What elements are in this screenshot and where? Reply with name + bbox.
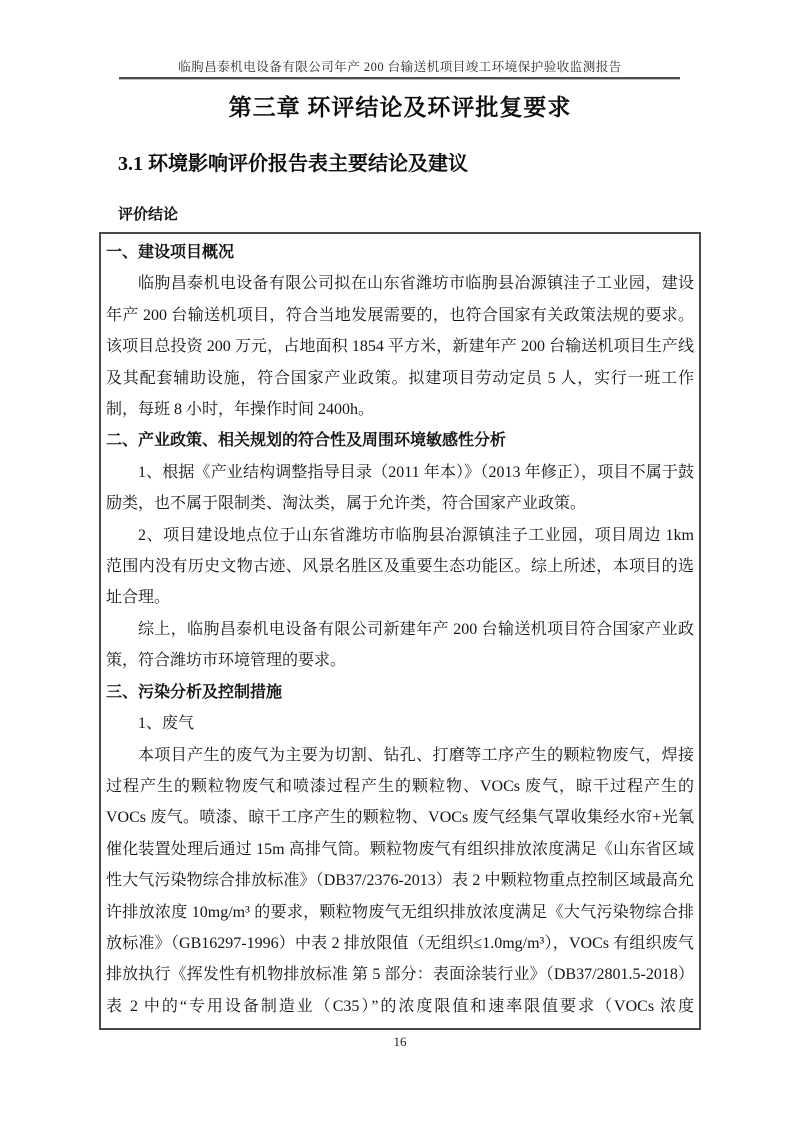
chapter-title: 第三章 环评结论及环评批复要求 <box>0 89 800 122</box>
box-section-heading: 三、污染分析及控制措施 <box>106 677 694 708</box>
page-number: 16 <box>0 1034 800 1050</box>
header-rule <box>119 77 680 80</box>
document-page: 临朐昌泰机电设备有限公司年产 200 台输送机项目竣工环境保护验收监测报告 第三… <box>0 0 800 1131</box>
running-header: 临朐昌泰机电设备有限公司年产 200 台输送机项目竣工环境保护验收监测报告 <box>0 57 800 75</box>
box-section-heading: 二、产业政策、相关规划的符合性及周围环境敏感性分析 <box>106 425 694 456</box>
box-paragraph: 2、项目建设地点位于山东省潍坊市临朐县冶源镇洼子工业园，项目周边 1km 范围内… <box>106 520 694 614</box>
box-paragraph: 临朐昌泰机电设备有限公司拟在山东省潍坊市临朐县冶源镇洼子工业园，建设年产 200… <box>106 268 694 425</box>
box-paragraph: 本项目产生的废气为主要为切割、钻孔、打磨等工序产生的颗粒物废气，焊接过程产生的颗… <box>106 740 694 1031</box>
box-section-heading: 一、建设项目概况 <box>106 237 694 268</box>
section-title: 3.1 环境影响评价报告表主要结论及建议 <box>118 147 468 176</box>
content-box: 一、建设项目概况临朐昌泰机电设备有限公司拟在山东省潍坊市临朐县冶源镇洼子工业园，… <box>99 232 701 1030</box>
evaluation-conclusion-label: 评价结论 <box>118 203 178 224</box>
box-paragraph: 1、废气 <box>106 708 694 739</box>
box-paragraph: 综上，临朐昌泰机电设备有限公司新建年产 200 台输送机项目符合国家产业政策，符… <box>106 614 694 677</box>
box-paragraph: 1、根据《产业结构调整指导目录（2011 年本）》（2013 年修正），项目不属… <box>106 457 694 520</box>
